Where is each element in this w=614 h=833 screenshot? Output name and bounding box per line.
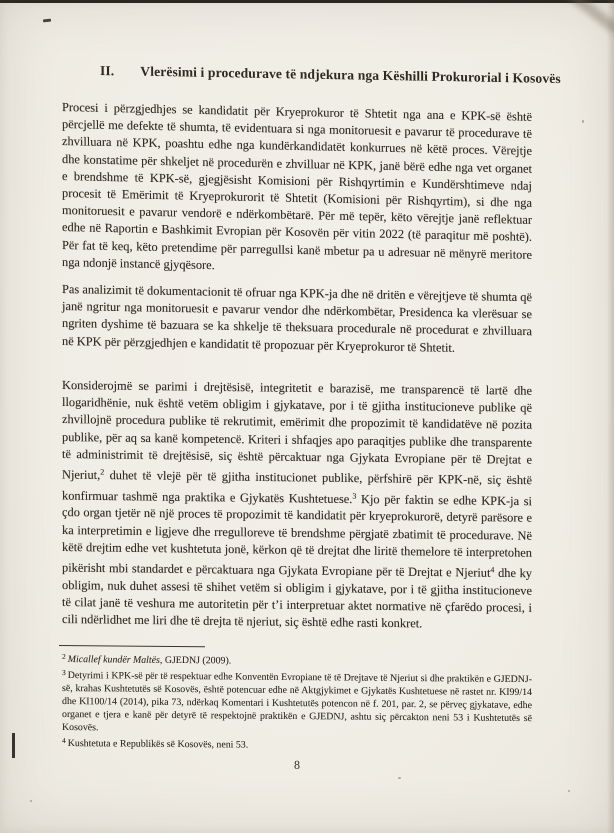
footnote-2-text: , GJEDNJ (2009).	[160, 655, 231, 667]
scan-speck	[398, 777, 401, 779]
scan-top-edge	[0, 0, 614, 3]
scan-right-edge-shading	[607, 0, 614, 833]
footnote-3-marker: 3	[62, 668, 66, 677]
footnote-2-marker: 2	[62, 652, 66, 661]
scan-speck	[568, 790, 570, 792]
footnote-3: 3Detyrimi i KPK-së për të respektuar edh…	[62, 666, 532, 738]
paragraph-3: Konsiderojmë se parimi i drejtësisë, int…	[62, 377, 532, 634]
scan-speck	[582, 120, 584, 123]
footnote-4: 4Kushtetuta e Republikës së Kosovës, nen…	[62, 734, 532, 754]
scan-dash-mark	[43, 19, 51, 23]
footnotes-section: 2Micallef kundër Maltës, GJEDNJ (2009). …	[62, 645, 532, 754]
paragraph-3-text: Konsiderojmë se parimi i drejtësisë, int…	[62, 378, 532, 482]
paragraph-1: Procesi i përzgjedhjes se kandidatit për…	[62, 99, 532, 281]
section-heading: II.Vlerësimi i procedurave të ndjekura n…	[100, 63, 561, 87]
scan-speck	[30, 800, 32, 802]
footnote-separator	[59, 645, 205, 647]
section-title: Vlerësimi i procedurave të ndjekura nga …	[140, 64, 560, 86]
footnote-4-marker: 4	[62, 736, 66, 745]
scan-pen-mark	[12, 733, 15, 758]
paragraph-2: Pas analizimit të dokumentacionit të ofr…	[62, 281, 532, 358]
footnote-3-text: Detyrimi i KPK-së për të respektuar edhe…	[62, 670, 532, 733]
footnote-2-case-name: Micallef kundër Maltës	[68, 654, 160, 666]
scan-smudge-top-right	[556, 0, 614, 34]
page-number: 8	[62, 757, 532, 774]
footnote-4-text: Kushtetuta e Republikës së Kosovës, neni…	[68, 738, 248, 751]
scanned-document-page: II.Vlerësimi i procedurave të ndjekura n…	[0, 0, 614, 833]
section-numeral: II.	[100, 63, 114, 79]
